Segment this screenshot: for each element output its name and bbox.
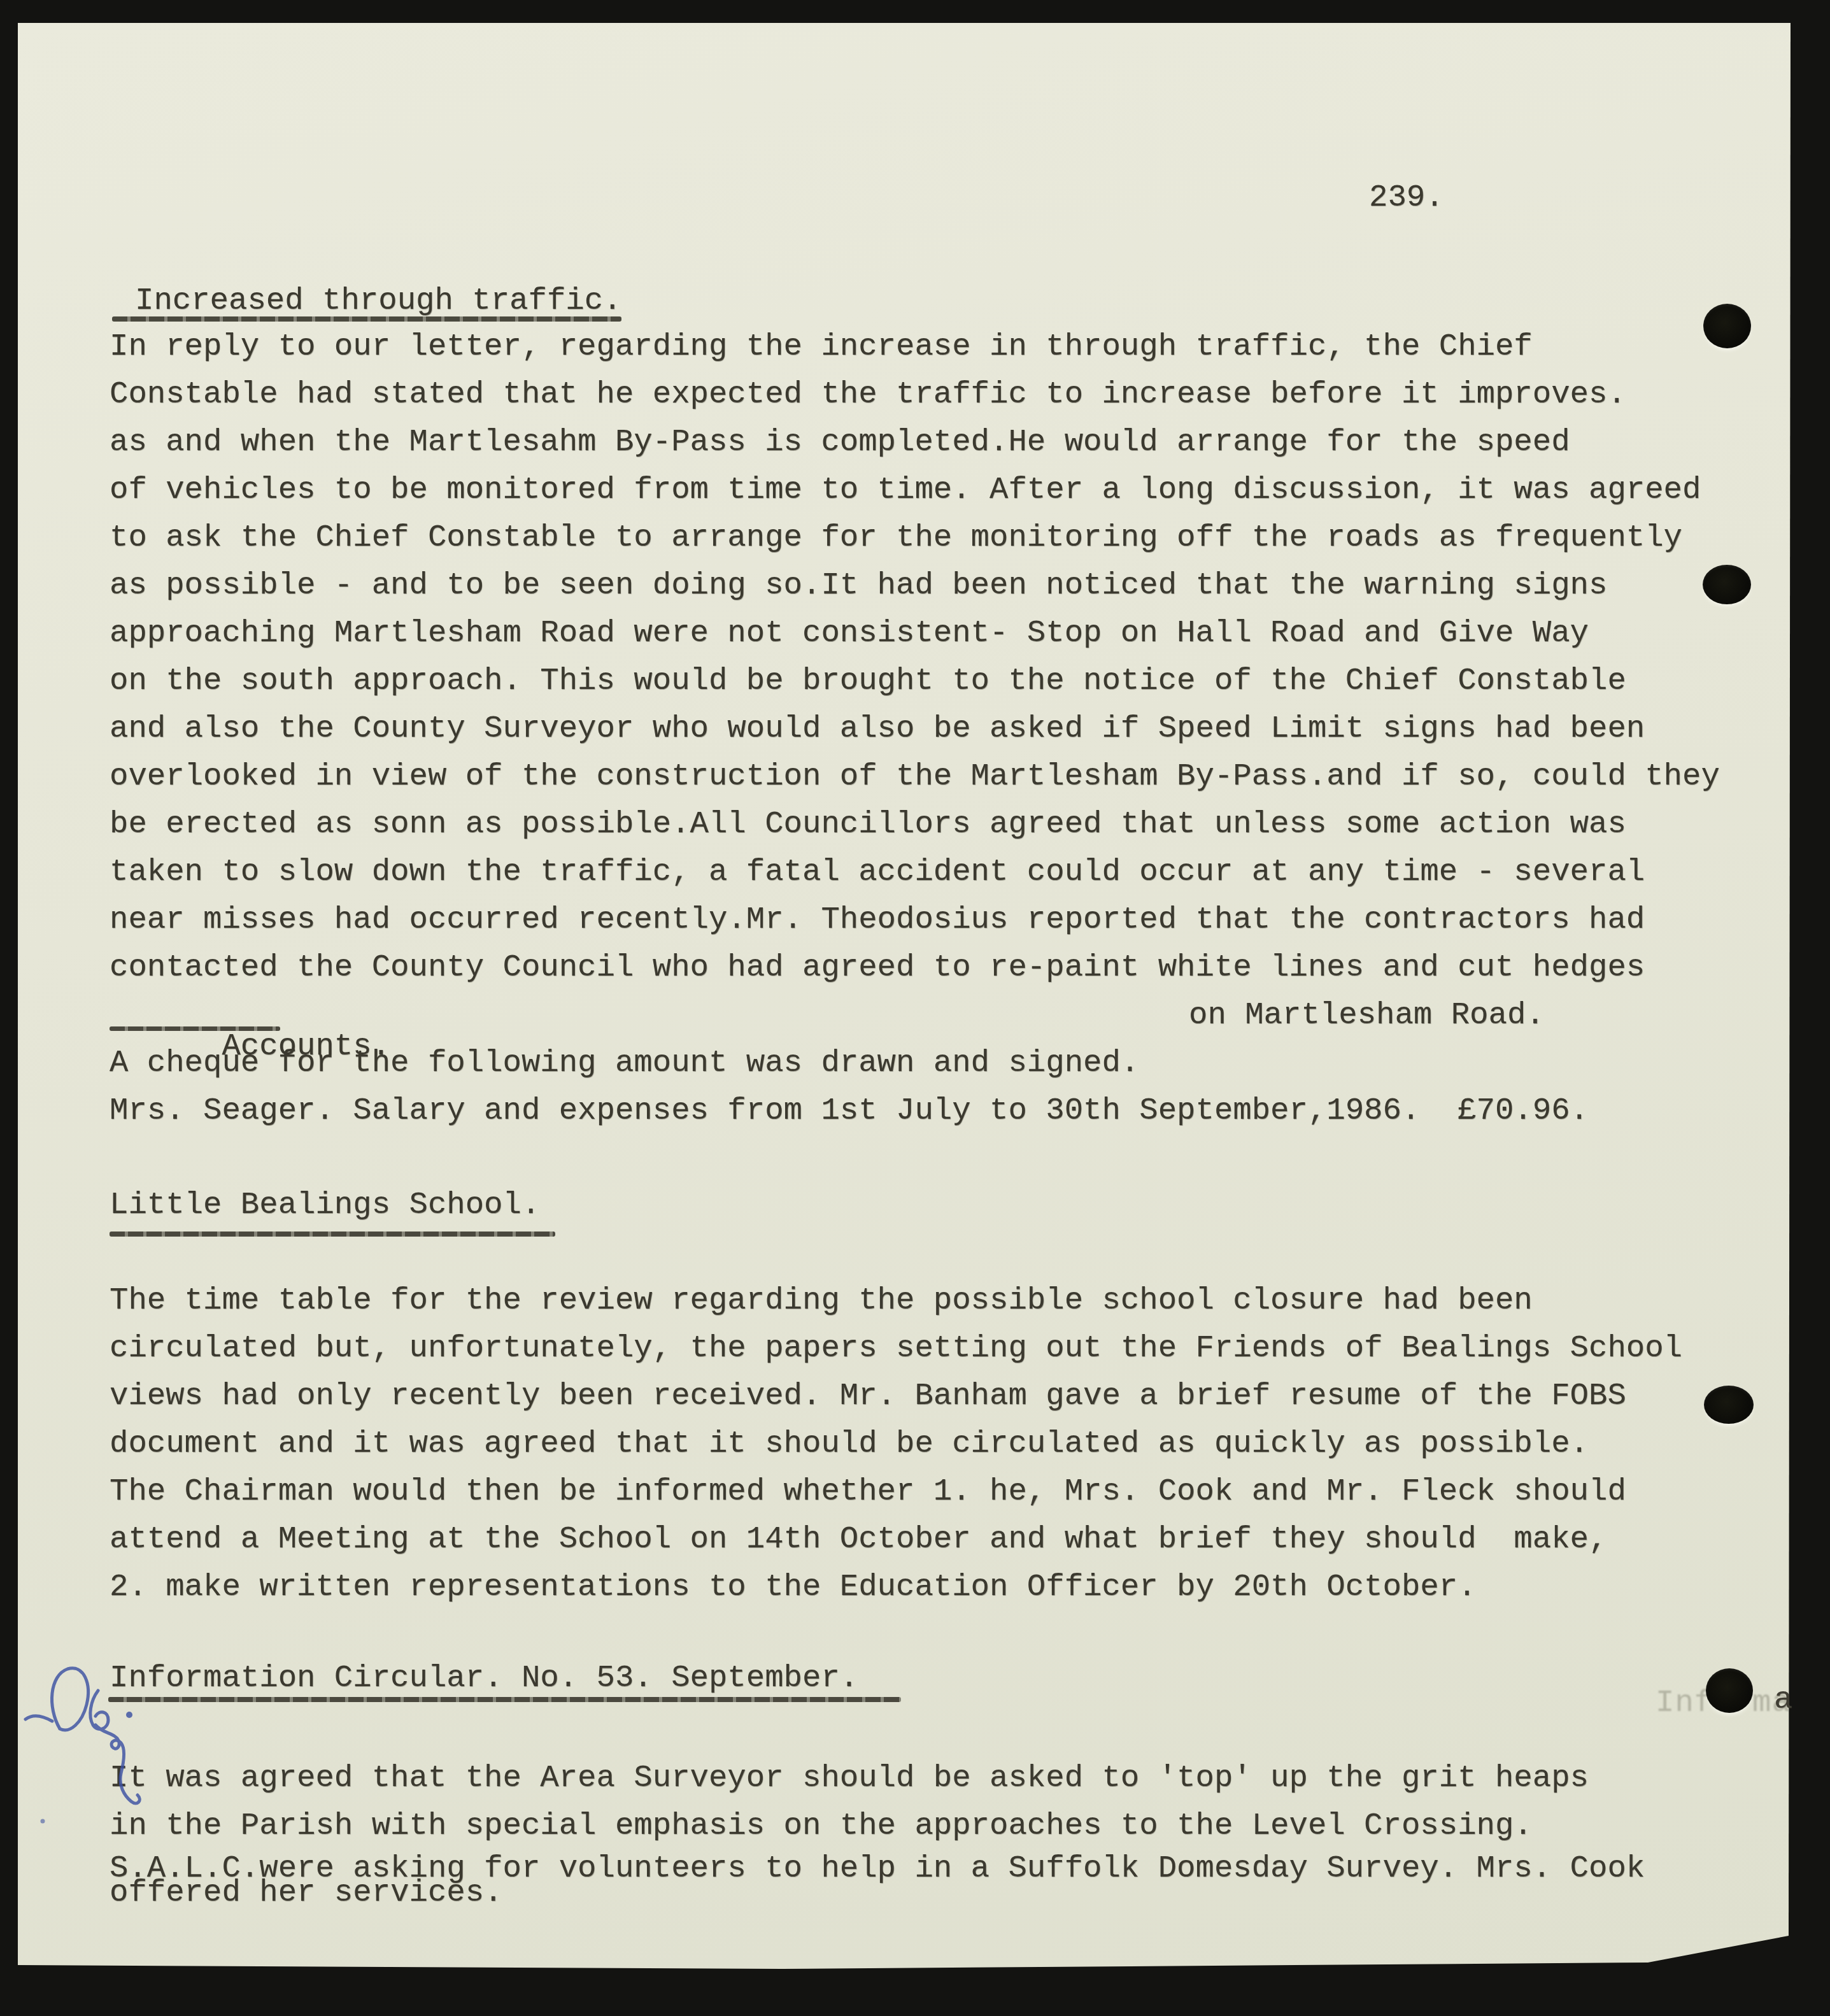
heading-underline xyxy=(110,1026,280,1031)
text-line: circulated but, unfortunately, the paper… xyxy=(110,1324,1682,1372)
blue-pen-annotation xyxy=(22,1663,155,1835)
text-line: as and when the Martlesahm By-Pass is co… xyxy=(110,418,1720,466)
text-line: The time table for the review regarding … xyxy=(110,1277,1682,1324)
text-line: taken to slow down the traffic, a fatal … xyxy=(110,848,1720,896)
text-line: The Chairman would then be informed whet… xyxy=(110,1468,1682,1516)
heading-underline xyxy=(108,1697,901,1702)
accounts-paragraph: A cheque for the following amount was dr… xyxy=(110,1039,1589,1135)
text-line: on the south approach. This would be bro… xyxy=(110,657,1720,705)
heading-increased-through-traffic: Increased through traffic. xyxy=(135,285,622,316)
pen-sweep-stroke xyxy=(25,1716,52,1721)
circular-paragraph: It was agreed that the Area Surveyor sho… xyxy=(110,1754,1589,1850)
pen-inner-loop-stroke xyxy=(90,1691,108,1729)
punch-hole xyxy=(1703,304,1751,348)
text-line: be erected as sonn as possible.All Counc… xyxy=(110,800,1720,848)
text-line: to ask the Chief Constable to arrange fo… xyxy=(110,514,1720,562)
text-line: Constable had stated that he expected th… xyxy=(110,371,1720,418)
text-line: near misses had occurred recently.Mr. Th… xyxy=(110,896,1720,944)
text-line: Mrs. Seager. Salary and expenses from 1s… xyxy=(110,1087,1589,1135)
punch-hole xyxy=(1704,1386,1754,1424)
text-line: 2. make written representations to the E… xyxy=(110,1563,1682,1611)
heading-little-bealings-school: Little Bealings School. xyxy=(110,1189,540,1221)
text-line: It was agreed that the Area Surveyor sho… xyxy=(110,1754,1589,1802)
traffic-paragraph: In reply to our letter, regarding the in… xyxy=(110,323,1720,991)
text-line: contacted the County Council who had agr… xyxy=(110,944,1720,991)
pen-speck xyxy=(41,1819,45,1824)
text-line: document and it was agreed that it shoul… xyxy=(110,1420,1682,1468)
text-line: overlooked in view of the construction o… xyxy=(110,753,1720,800)
page-number: 239. xyxy=(1369,182,1444,213)
text-line: In reply to our letter, regarding the in… xyxy=(110,323,1720,371)
heading-underline xyxy=(112,316,621,322)
heading-underline xyxy=(110,1232,555,1237)
text-line: in the Parish with special emphasis on t… xyxy=(110,1802,1589,1850)
text-line: and also the County Surveyor who would a… xyxy=(110,705,1720,753)
text-line: A cheque for the following amount was dr… xyxy=(110,1039,1589,1087)
pen-loop-stroke xyxy=(52,1668,89,1730)
stray-letter: a xyxy=(1774,1684,1792,1715)
text-line: approaching Martlesham Road were not con… xyxy=(110,609,1720,657)
heading-information-circular: Information Circular. No. 53. September. xyxy=(110,1663,858,1694)
paper-sheet: 239. Increased through traffic. In reply… xyxy=(18,23,1791,1973)
pen-tail-stroke xyxy=(96,1725,139,1803)
punch-hole xyxy=(1706,1668,1753,1713)
school-paragraph: The time table for the review regarding … xyxy=(110,1277,1682,1611)
text-line-offered: offered her services. xyxy=(110,1877,503,1908)
punch-hole xyxy=(1703,565,1751,604)
text-line: of vehicles to be monitored from time to… xyxy=(110,466,1720,514)
scanned-minutes-page: 239. Increased through traffic. In reply… xyxy=(0,0,1830,2016)
pen-dot xyxy=(126,1712,132,1718)
accounts-right-note: on Martlesham Road. xyxy=(1189,1000,1545,1031)
text-line: as possible - and to be seen doing so.It… xyxy=(110,562,1720,609)
text-line: views had only recently been received. M… xyxy=(110,1372,1682,1420)
text-line: attend a Meeting at the School on 14th O… xyxy=(110,1516,1682,1563)
